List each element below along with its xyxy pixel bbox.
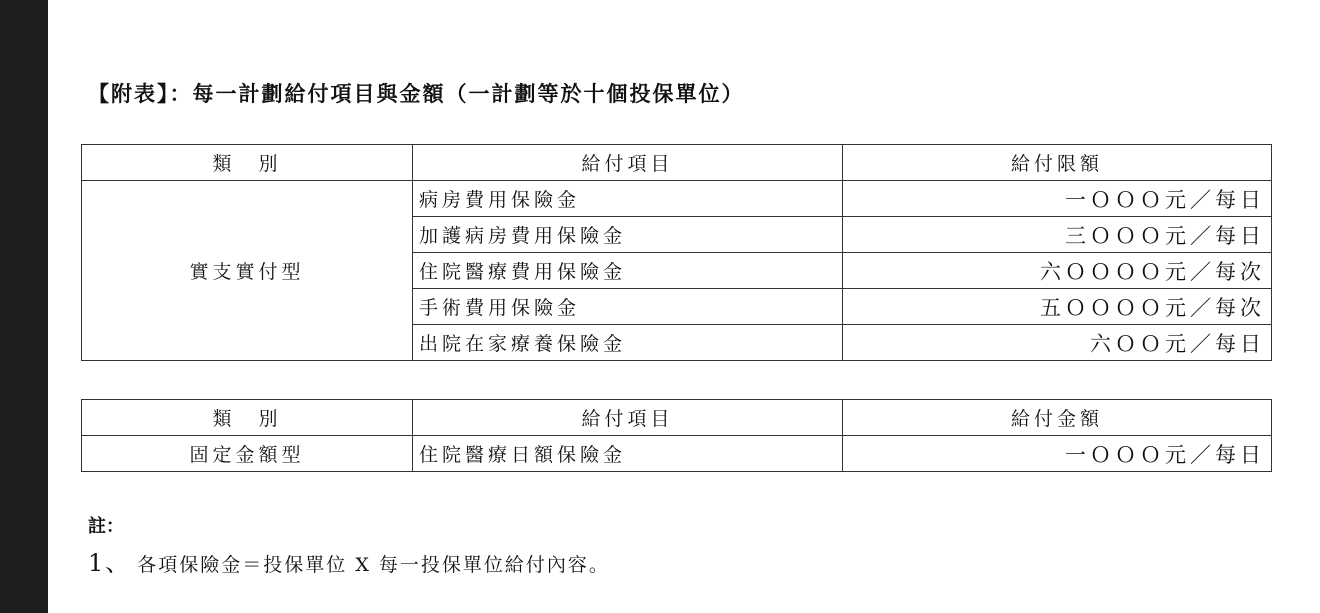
note-text: 各項保險金＝投保單位 X 每一投保單位給付內容。 [137,554,610,576]
header-category: 類 別 [82,400,413,436]
amount-cell: 一ＯＯＯ元／每日 [843,181,1272,217]
amount-cell: 三ＯＯＯ元／每日 [843,217,1272,253]
amount-cell: 六ＯＯＯＯ元／每次 [843,253,1272,289]
item-cell: 手術費用保險金 [413,289,843,325]
table-header-row: 類 別 給付項目 給付限額 [82,145,1272,181]
item-cell: 出院在家療養保險金 [413,325,843,361]
header-item: 給付項目 [413,145,843,181]
table-row: 實支實付型 病房費用保險金 一ＯＯＯ元／每日 [82,181,1272,217]
header-item: 給付項目 [413,400,843,436]
document-title: 【附表】：每一計劃給付項目與金額（一計劃等於十個投保單位） [88,78,745,108]
item-cell: 加護病房費用保險金 [413,217,843,253]
category-cell: 固定金額型 [82,436,413,472]
note-item: 1、各項保險金＝投保單位 X 每一投保單位給付內容。 [88,543,610,578]
item-cell: 住院醫療費用保險金 [413,253,843,289]
table-row: 固定金額型 住院醫療日額保險金 一ＯＯＯ元／每日 [82,436,1272,472]
header-limit: 給付限額 [843,145,1272,181]
item-cell: 病房費用保險金 [413,181,843,217]
reimbursement-benefit-table: 類 別 給付項目 給付限額 實支實付型 病房費用保險金 一ＯＯＯ元／每日 加護病… [81,144,1272,361]
category-cell: 實支實付型 [82,181,413,361]
note-number: 1、 [88,549,131,577]
table-header-row: 類 別 給付項目 給付金額 [82,400,1272,436]
header-amount: 給付金額 [843,400,1272,436]
document-page: 【附表】：每一計劃給付項目與金額（一計劃等於十個投保單位） 類 別 給付項目 給… [48,0,1320,613]
notes-label: 註： [88,512,124,538]
viewer-side-panel [0,0,48,613]
item-cell: 住院醫療日額保險金 [413,436,843,472]
amount-cell: 一ＯＯＯ元／每日 [843,436,1272,472]
fixed-benefit-table: 類 別 給付項目 給付金額 固定金額型 住院醫療日額保險金 一ＯＯＯ元／每日 [81,399,1272,472]
amount-cell: 六ＯＯ元／每日 [843,325,1272,361]
header-category: 類 別 [82,145,413,181]
amount-cell: 五ＯＯＯＯ元／每次 [843,289,1272,325]
